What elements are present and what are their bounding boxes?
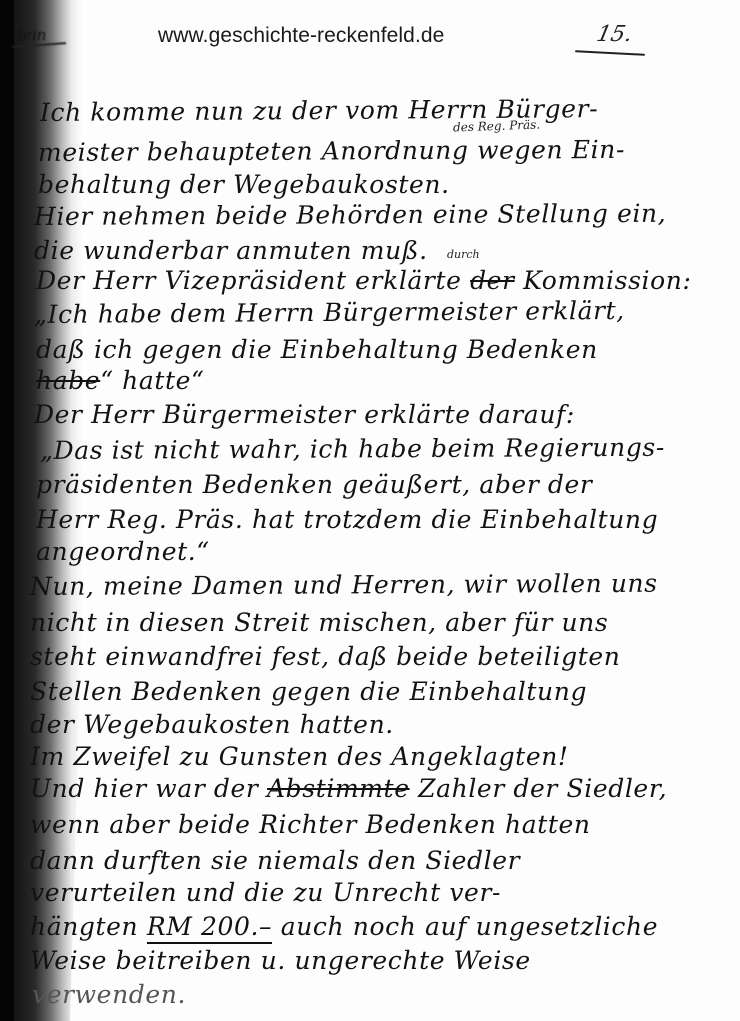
interlinear-annotation: durch [447, 248, 480, 261]
manuscript-line: habe“ hatte“ [36, 366, 204, 395]
line-segment: Und hier war der [30, 774, 267, 803]
struck-word: der [470, 266, 515, 295]
manuscript-line: „Ich habe dem Herrn Bürgermeister erklär… [34, 296, 625, 329]
manuscript-line: angeordnet.“ [36, 537, 210, 566]
line-segment: “ hatte“ [100, 366, 204, 395]
line-segment: hängten [30, 912, 147, 941]
manuscript-line: „Das ist nicht wahr, ich habe beim Regie… [40, 433, 665, 465]
manuscript-line: Im Zweifel zu Gunsten des Angeklagten! [30, 742, 569, 771]
manuscript-line: wenn aber beide Richter Bedenken hatten [30, 810, 591, 839]
line-segment: auch noch auf ungesetzliche [272, 912, 658, 941]
manuscript-line: verwenden. [32, 980, 186, 1009]
manuscript-line: meister behaupteten Anordnung wegen Ein- [38, 135, 625, 167]
manuscript-line: Der Herr Bürgermeister erklärte darauf: [34, 400, 575, 429]
line-segment: Der Herr Vizepräsident erklärte [36, 266, 470, 295]
line-segment: Zahler der Siedler, [410, 774, 668, 803]
manuscript-body: des Reg. Präs. durch Ich komme nun zu de… [0, 0, 740, 1021]
manuscript-line: nicht in diesen Streit mischen, aber für… [30, 608, 608, 637]
manuscript-page: ...lein www.geschichte-reckenfeld.de 15.… [0, 0, 740, 1021]
manuscript-line: Und hier war der Abstimmte Zahler der Si… [30, 774, 667, 803]
line-segment: Kommission: [515, 266, 692, 295]
manuscript-line: Hier nehmen beide Behörden eine Stellung… [34, 199, 666, 231]
manuscript-line: hängten RM 200.– auch noch auf ungesetzl… [30, 912, 658, 941]
manuscript-line: steht einwandfrei fest, daß beide beteil… [30, 642, 621, 671]
manuscript-line: Nun, meine Damen und Herren, wir wollen … [30, 569, 658, 601]
manuscript-line: dann durften sie niemals den Siedler [30, 846, 520, 875]
underlined-amount: RM 200.– [147, 912, 272, 944]
manuscript-line: Ich komme nun zu der vom Herrn Bürger- [40, 94, 598, 127]
manuscript-line: präsidenten Bedenken geäußert, aber der [36, 470, 592, 499]
manuscript-line: Weise beitreiben u. ungerechte Weise [30, 946, 531, 975]
manuscript-line: daß ich gegen die Einbehaltung Bedenken [36, 335, 598, 364]
manuscript-line: der Wegebaukosten hatten. [30, 710, 394, 739]
struck-word: habe [36, 366, 100, 395]
manuscript-line: Der Herr Vizepräsident erklärte der Komm… [36, 266, 691, 295]
manuscript-line: behaltung der Wegebaukosten. [38, 170, 450, 199]
manuscript-line: die wunderbar anmuten muß. [34, 236, 428, 265]
struck-word: Abstimmte [267, 774, 410, 803]
manuscript-line: verurteilen und die zu Unrecht ver- [30, 878, 501, 907]
manuscript-line: Herr Reg. Präs. hat trotzdem die Einbeha… [36, 505, 658, 534]
manuscript-line: Stellen Bedenken gegen die Einbehaltung [30, 677, 587, 706]
